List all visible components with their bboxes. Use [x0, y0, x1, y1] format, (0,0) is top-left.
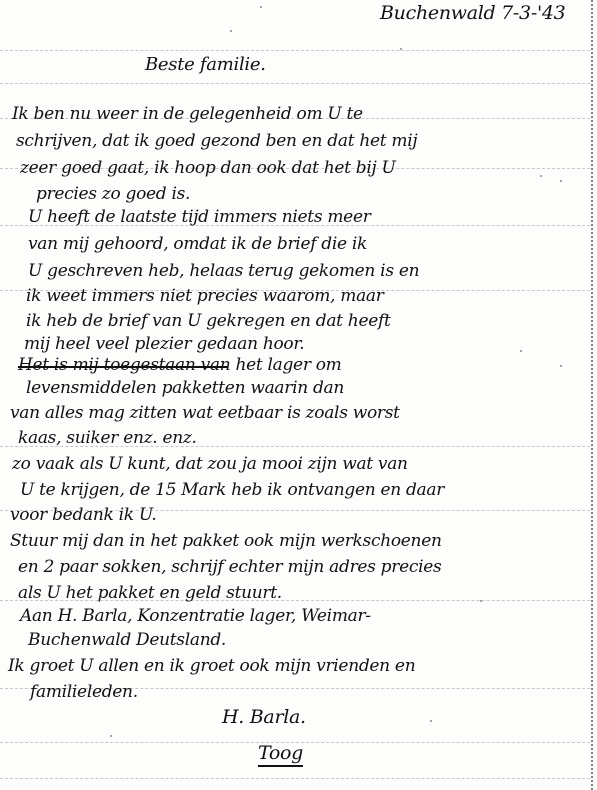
letter-line: ik heb de brief van U gekregen en dat he… — [26, 311, 391, 331]
letter-line: Ik ben nu weer in de gelegenheid om U te — [12, 104, 363, 124]
letter-line: van mij gehoord, omdat ik de brief die i… — [28, 234, 367, 254]
letter-line: Stuur mij dan in het pakket ook mijn wer… — [10, 531, 442, 551]
letter-line: precies zo goed is. — [36, 184, 190, 204]
scan-speck — [480, 600, 482, 602]
letter-line: en 2 paar sokken, schrijf echter mijn ad… — [18, 557, 441, 577]
ruled-line — [0, 83, 590, 84]
strikethrough-mark — [18, 366, 228, 368]
signature-mark: Toog — [258, 742, 303, 767]
scan-speck — [430, 720, 432, 722]
scan-speck — [260, 6, 262, 8]
address-line: Buchenwald Deutsland. — [28, 630, 226, 650]
ruled-line — [0, 50, 590, 51]
letter-page: Buchenwald 7-3-'43 Beste familie. Ik ben… — [0, 0, 597, 790]
letter-line: schrijven, dat ik goed gezond ben en dat… — [16, 131, 417, 151]
letter-line: Het is mij toegestaan van het lager om — [18, 355, 342, 375]
page-edge — [591, 0, 593, 790]
place-date: Buchenwald 7-3-'43 — [380, 2, 565, 24]
scan-speck — [560, 365, 562, 367]
scan-speck — [520, 350, 522, 352]
letter-line: mij heel veel plezier gedaan hoor. — [24, 334, 304, 354]
scan-speck — [540, 175, 542, 177]
letter-line: levensmiddelen pakketten waarin dan — [26, 378, 344, 398]
scan-speck — [230, 30, 232, 32]
letter-line: ik weet immers niet precies waarom, maar — [26, 286, 384, 306]
letter-line: als U het pakket en geld stuurt. — [18, 583, 282, 603]
letter-line: kaas, suiker enz. enz. — [18, 428, 197, 448]
letter-line: zo vaak als U kunt, dat zou ja mooi zijn… — [12, 454, 408, 474]
scan-speck — [110, 735, 112, 737]
letter-line: U te krijgen, de 15 Mark heb ik ontvange… — [20, 480, 444, 500]
letter-line: zeer goed gaat, ik hoop dan ook dat het … — [20, 158, 396, 178]
letter-line: van alles mag zitten wat eetbaar is zoal… — [10, 403, 400, 423]
letter-line: voor bedank ik U. — [10, 505, 156, 525]
salutation: Beste familie. — [145, 54, 266, 75]
ruled-line — [0, 778, 590, 779]
letter-line: familieleden. — [30, 682, 138, 702]
letter-line: Ik groet U allen en ik groet ook mijn vr… — [8, 656, 415, 676]
scan-speck — [560, 180, 562, 182]
letter-line: U heeft de laatste tijd immers niets mee… — [28, 207, 371, 227]
scan-speck — [400, 48, 402, 50]
address-line: Aan H. Barla, Konzentratie lager, Weimar… — [20, 606, 371, 626]
signature-name: H. Barla. — [222, 706, 306, 728]
letter-line: U geschreven heb, helaas terug gekomen i… — [28, 261, 419, 281]
